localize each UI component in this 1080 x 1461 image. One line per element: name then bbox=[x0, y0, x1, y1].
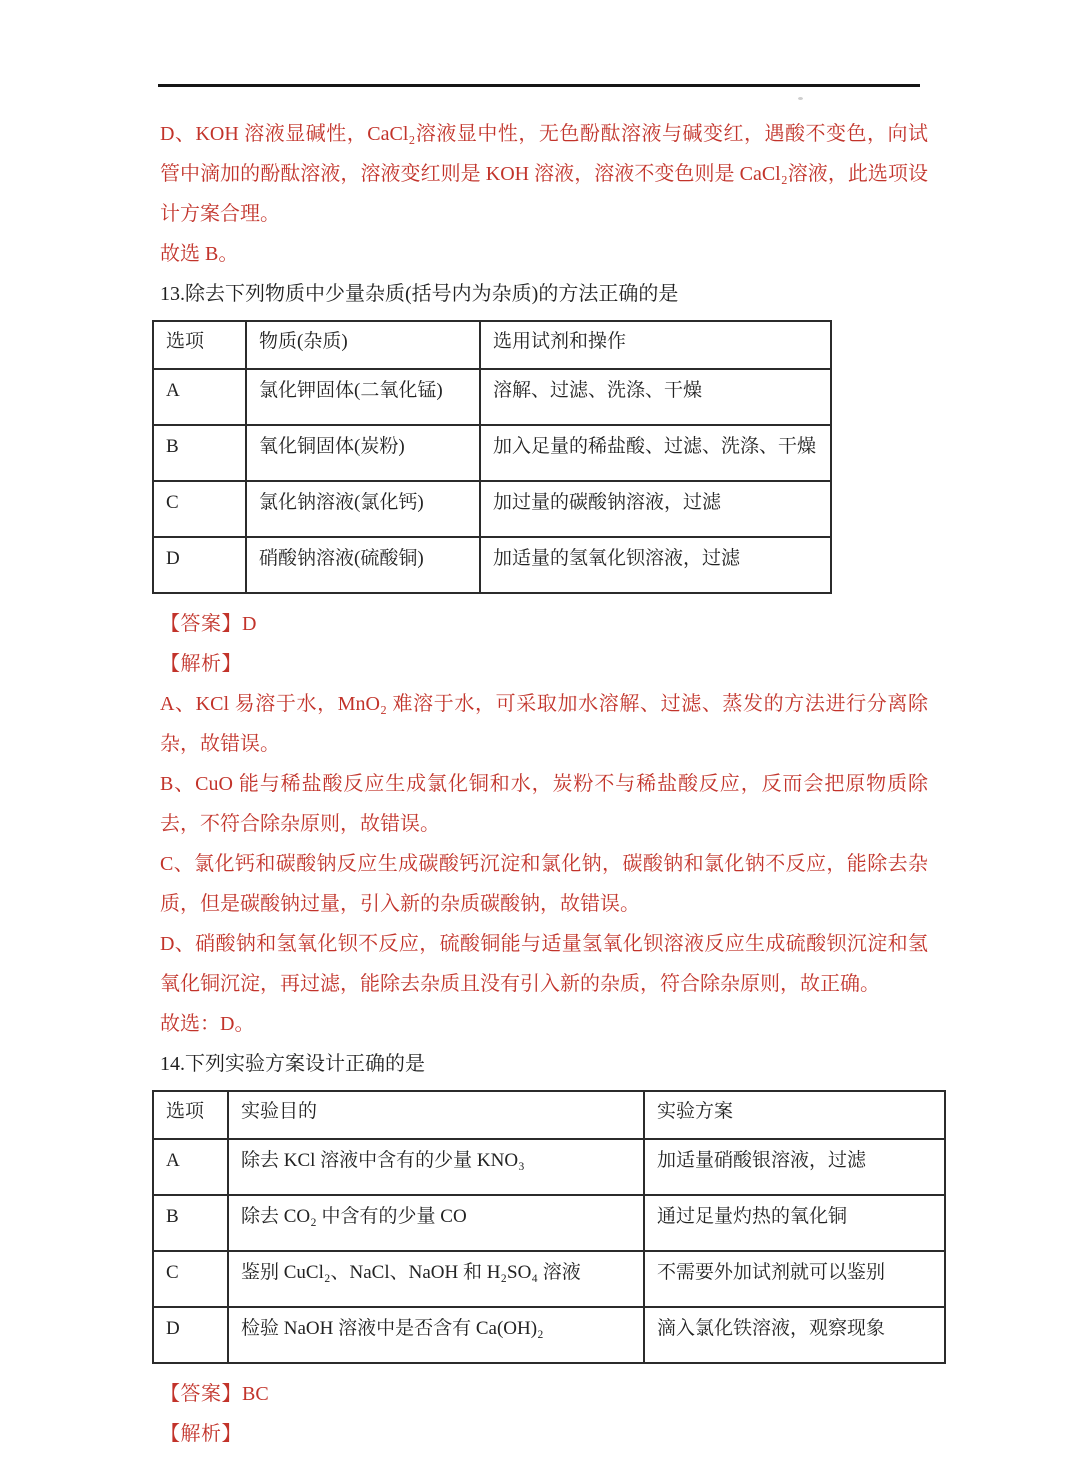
page-header-rule bbox=[158, 84, 920, 87]
table-header-substance: 物质(杂质) bbox=[246, 321, 480, 369]
substance-cell: 氯化钠溶液(氯化钙) bbox=[246, 481, 480, 537]
method-cell: 加适量的氢氧化钡溶液，过滤 bbox=[480, 537, 831, 593]
question-14-table: 选项 实验目的 实验方案 A 除去 KCl 溶液中含有的少量 KNO₃ 加适量硝… bbox=[152, 1090, 946, 1364]
purpose-cell: 除去 KCl 溶液中含有的少量 KNO₃ bbox=[228, 1139, 644, 1195]
document-content: D、KOH 溶液显碱性，CaCl₂溶液显中性，无色酚酞溶液与碱变红，遇酸不变色，… bbox=[152, 114, 938, 1454]
purpose-cell: 检验 NaOH 溶液中是否含有 Ca(OH)₂ bbox=[228, 1307, 644, 1363]
purpose-cell: 鉴别 CuCl₂、NaCl、NaOH 和 H₂SO₄ 溶液 bbox=[228, 1251, 644, 1307]
table-header-method: 选用试剂和操作 bbox=[480, 321, 831, 369]
option-cell: A bbox=[153, 1139, 228, 1195]
question-13-conclusion: 故选：D。 bbox=[160, 1004, 928, 1044]
method-cell: 加入足量的稀盐酸、过滤、洗涤、干燥 bbox=[480, 425, 831, 481]
question-13-analysis-a: A、KCl 易溶于水，MnO₂ 难溶于水，可采取加水溶解、过滤、蒸发的方法进行分… bbox=[160, 684, 928, 764]
answer-value: D bbox=[242, 613, 256, 635]
question-13-answer-line: 【答案】D bbox=[160, 604, 938, 644]
answer-value: BC bbox=[242, 1383, 269, 1405]
substance-cell: 氧化铜固体(炭粉) bbox=[246, 425, 480, 481]
answer-label: 【答案】 bbox=[160, 1383, 242, 1405]
substance-cell: 硝酸钠溶液(硫酸铜) bbox=[246, 537, 480, 593]
question-13-table: 选项 物质(杂质) 选用试剂和操作 A 氯化钾固体(二氧化锰) 溶解、过滤、洗涤… bbox=[152, 320, 832, 594]
prev-question-analysis-d: D、KOH 溶液显碱性，CaCl₂溶液显中性，无色酚酞溶液与碱变红，遇酸不变色，… bbox=[160, 114, 928, 234]
question-14-stem: 14.下列实验方案设计正确的是 bbox=[160, 1044, 928, 1084]
method-cell: 溶解、过滤、洗涤、干燥 bbox=[480, 369, 831, 425]
option-cell: B bbox=[153, 425, 246, 481]
option-cell: D bbox=[153, 537, 246, 593]
question-14-answer-line: 【答案】BC bbox=[160, 1374, 938, 1414]
analysis-label: 【解析】 bbox=[160, 653, 242, 675]
question-13-analysis-c: C、氯化钙和碳酸钠反应生成碳酸钙沉淀和氯化钠，碳酸钠和氯化钠不反应，能除去杂质，… bbox=[160, 844, 928, 924]
purpose-cell: 除去 CO₂ 中含有的少量 CO bbox=[228, 1195, 644, 1251]
option-cell: B bbox=[153, 1195, 228, 1251]
document-page: D、KOH 溶液显碱性，CaCl₂溶液显中性，无色酚酞溶液与碱变红，遇酸不变色，… bbox=[0, 0, 1080, 1461]
question-13-analysis-label: 【解析】 bbox=[160, 644, 938, 684]
table-row: D 检验 NaOH 溶液中是否含有 Ca(OH)₂ 滴入氯化铁溶液，观察现象 bbox=[153, 1307, 945, 1363]
analysis-label: 【解析】 bbox=[160, 1423, 242, 1445]
method-cell: 加过量的碳酸钠溶液，过滤 bbox=[480, 481, 831, 537]
table-row: A 除去 KCl 溶液中含有的少量 KNO₃ 加适量硝酸银溶液，过滤 bbox=[153, 1139, 945, 1195]
table-header-row: 选项 物质(杂质) 选用试剂和操作 bbox=[153, 321, 831, 369]
table-header-option: 选项 bbox=[153, 321, 246, 369]
plan-cell: 通过足量灼热的氧化铜 bbox=[644, 1195, 945, 1251]
table-row: B 除去 CO₂ 中含有的少量 CO 通过足量灼热的氧化铜 bbox=[153, 1195, 945, 1251]
option-cell: D bbox=[153, 1307, 228, 1363]
table-header-row: 选项 实验目的 实验方案 bbox=[153, 1091, 945, 1139]
question-13-stem: 13.除去下列物质中少量杂质(括号内为杂质)的方法正确的是 bbox=[160, 274, 928, 314]
table-row: C 鉴别 CuCl₂、NaCl、NaOH 和 H₂SO₄ 溶液 不需要外加试剂就… bbox=[153, 1251, 945, 1307]
plan-cell: 加适量硝酸银溶液，过滤 bbox=[644, 1139, 945, 1195]
plan-cell: 不需要外加试剂就可以鉴别 bbox=[644, 1251, 945, 1307]
prev-question-conclusion: 故选 B。 bbox=[160, 234, 928, 274]
option-cell: A bbox=[153, 369, 246, 425]
plan-cell: 滴入氯化铁溶液，观察现象 bbox=[644, 1307, 945, 1363]
question-14-analysis-label: 【解析】 bbox=[160, 1414, 938, 1454]
option-cell: C bbox=[153, 1251, 228, 1307]
answer-label: 【答案】 bbox=[160, 613, 242, 635]
question-13-analysis-d: D、硝酸钠和氢氧化钡不反应，硫酸铜能与适量氢氧化钡溶液反应生成硫酸钡沉淀和氢氧化… bbox=[160, 924, 928, 1004]
table-row: C 氯化钠溶液(氯化钙) 加过量的碳酸钠溶液，过滤 bbox=[153, 481, 831, 537]
table-header-purpose: 实验目的 bbox=[228, 1091, 644, 1139]
table-row: D 硝酸钠溶液(硫酸铜) 加适量的氢氧化钡溶液，过滤 bbox=[153, 537, 831, 593]
option-cell: C bbox=[153, 481, 246, 537]
table-row: B 氧化铜固体(炭粉) 加入足量的稀盐酸、过滤、洗涤、干燥 bbox=[153, 425, 831, 481]
table-header-plan: 实验方案 bbox=[644, 1091, 945, 1139]
table-header-option: 选项 bbox=[153, 1091, 228, 1139]
question-13-analysis-b: B、CuO 能与稀盐酸反应生成氯化铜和水，炭粉不与稀盐酸反应，反而会把原物质除去… bbox=[160, 764, 928, 844]
substance-cell: 氯化钾固体(二氧化锰) bbox=[246, 369, 480, 425]
table-row: A 氯化钾固体(二氧化锰) 溶解、过滤、洗涤、干燥 bbox=[153, 369, 831, 425]
scan-artifact-dot bbox=[798, 97, 803, 100]
